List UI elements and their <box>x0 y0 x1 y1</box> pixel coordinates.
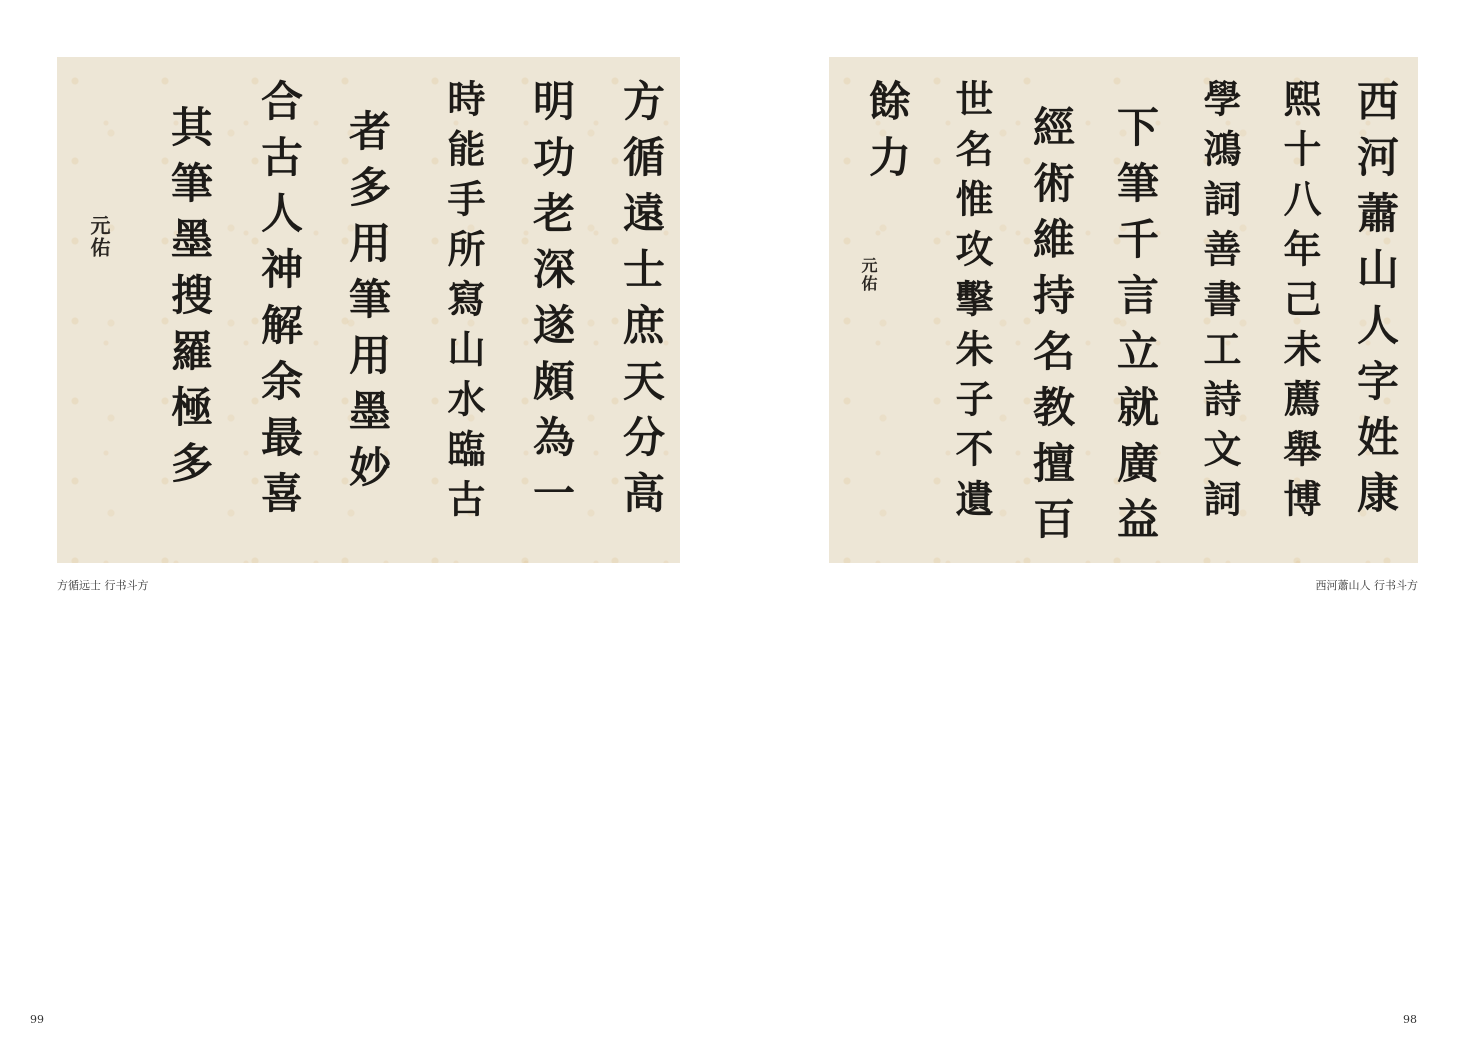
calligraphy-column: 時能手所寫山水臨古 <box>444 79 482 529</box>
calligraphy-column: 學鴻詞善書工詩文詞 <box>1200 79 1238 529</box>
page-number-left: 99 <box>30 1013 44 1026</box>
calligraphy-column: 世名惟攻擊朱子不遺 <box>952 79 990 529</box>
calligraphy-column: 西河蕭山人字姓康 <box>1354 79 1396 527</box>
artist-signature: 元佑 <box>857 257 880 293</box>
calligraphy-column: 餘力 <box>866 79 908 191</box>
calligraphy-artwork-right: 西河蕭山人字姓康 熙十八年己未薦舉博 學鴻詞善書工詩文詞 下筆千言立就廣益 經術… <box>829 57 1418 563</box>
calligraphy-column: 其筆墨搜羅極多 <box>168 105 210 497</box>
calligraphy-column: 下筆千言立就廣益 <box>1114 105 1156 553</box>
artwork-caption-left: 方循远士 行书斗方 <box>57 577 149 593</box>
calligraphy-column: 方循遠士庶天分高 <box>620 79 662 527</box>
artwork-caption-right: 西河蕭山人 行书斗方 <box>1316 577 1419 593</box>
artist-signature: 元佑 <box>85 215 114 259</box>
calligraphy-column: 經術維持名教擅百 <box>1030 105 1072 553</box>
calligraphy-artwork-left: 方循遠士庶天分高 明功老深遂頗為一 時能手所寫山水臨古 者多用筆用墨妙 合古人神… <box>57 57 680 563</box>
calligraphy-column: 者多用筆用墨妙 <box>346 109 388 501</box>
calligraphy-column: 熙十八年己未薦舉博 <box>1280 79 1318 529</box>
calligraphy-column: 合古人神解余最喜 <box>258 79 300 527</box>
page-number-right: 98 <box>1403 1013 1417 1026</box>
calligraphy-column: 明功老深遂頗為一 <box>530 79 572 527</box>
